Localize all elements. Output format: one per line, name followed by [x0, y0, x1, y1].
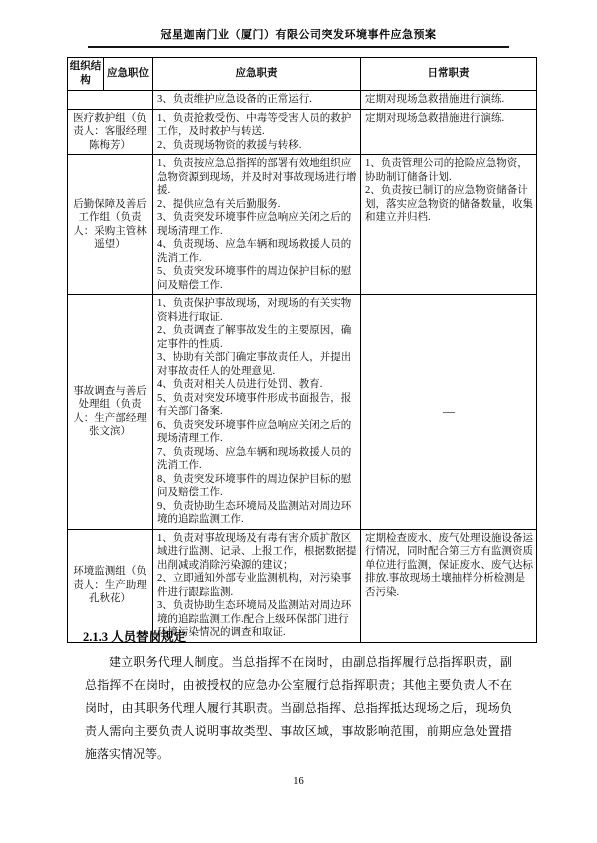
daily-duties-cell: 定期检查废水、废气处理设施设备运行情况，同时配合第三方有监测资质单位进行监测，保…: [361, 529, 537, 642]
duty-item: 2、负责按已制订的应急物资储备计划，落实应急物资的储备数量，收集和建立并归档.: [365, 184, 533, 225]
duty-item: 定期检查废水、废气处理设施设备运行情况，同时配合第三方有监测资质单位进行监测，保…: [365, 532, 533, 600]
duty-item: 3、负责协助生态环境局及监测站对周边环境的追踪监测工作.配合上级环保部门进行环境…: [157, 599, 357, 640]
emergency-duties-cell: 1、负责抢救受伤、中毒等受害人员的救护工作，及时救护与转送.2、负责现场物资的救…: [153, 109, 361, 155]
duty-item: 3、负责维护应急设备的正常运行.: [157, 93, 357, 107]
emergency-duties-cell: 1、负责保护事故现场，对现场的有关实物资料进行取证.2、负责调查了解事故发生的主…: [153, 295, 361, 530]
header-emergency-position: 应急职位: [104, 58, 153, 91]
document-page: 冠星迦南门业（厦门）有限公司突发环境事件应急预案 组织结构 应急职位 应急职责 …: [0, 0, 597, 843]
daily-duties-cell: —: [361, 295, 537, 530]
daily-duties-cell: 定期对现场急救措施进行演练.: [361, 91, 537, 110]
duty-item: 1、负责抢救受伤、中毒等受害人员的救护工作，及时救护与转送.: [157, 112, 357, 139]
duty-item: 1、负责保护事故现场，对现场的有关实物资料进行取证.: [157, 297, 357, 324]
header-emergency-duties: 应急职责: [153, 58, 361, 91]
daily-duties-cell: 定期对现场急救措施进行演练.: [361, 109, 537, 155]
section-heading: 2.1.3 人员替岗规定: [83, 627, 186, 645]
duty-table: 组织结构 应急职位 应急职责 日常职责 3、负责维护应急设备的正常运行. 定期对…: [67, 57, 537, 643]
duty-item: 定期对现场急救措施进行演练.: [365, 112, 533, 126]
duty-item: 5、负责对突发环境事件形成书面报告，报有关部门备案.: [157, 392, 357, 419]
body-paragraph: 建立职务代理人制度。当总指挥不在岗时，由副总指挥履行总指挥职责，副总指挥不在岗时…: [85, 651, 512, 766]
emergency-duties-cell: 1、负责按应急总指挥的部署有效地组织应急物资源到现场，并及时对事故现场进行增援.…: [153, 155, 361, 295]
page-number: 16: [0, 776, 597, 787]
doc-header-title: 冠星迦南门业（厦门）有限公司突发环境事件应急预案: [88, 26, 509, 42]
duty-item: 2、负责调查了解事故发生的主要原因，确定事件的性质.: [157, 324, 357, 351]
duty-item: 6、负责突发环境事件应急响应关闭之后的现场清理工作.: [157, 419, 357, 446]
duty-item: 7、负责现场、应急车辆和现场救援人员的洗消工作.: [157, 446, 357, 473]
duty-item: 2、提供应急有关后勤服务.: [157, 198, 357, 212]
duty-item: 4、负责现场、应急车辆和现场救援人员的洗消工作.: [157, 238, 357, 265]
duty-item: 2、负责现场物资的救援与转移.: [157, 139, 357, 153]
emergency-duties-cell: 1、负责对事故现场及有毒有害介质扩散区域进行监测、记录、上报工作，根据数据提出削…: [153, 529, 361, 642]
header-org-structure: 组织结构: [68, 58, 104, 91]
emergency-duties-cell: 3、负责维护应急设备的正常运行.: [153, 91, 361, 110]
group-cell: 事故调查与善后处理组（负责人：生产部经理张文滨）: [68, 295, 153, 530]
duty-item: 4、负责对相关人员进行处罚、教育.: [157, 378, 357, 392]
group-cell: 医疗救护组（负责人：客服经理陈梅芳）: [68, 109, 153, 155]
duty-item: 1、负责对事故现场及有毒有害介质扩散区域进行监测、记录、上报工作，根据数据提出削…: [157, 532, 357, 573]
duty-item: 1、负责按应急总指挥的部署有效地组织应急物资源到现场，并及时对事故现场进行增援.: [157, 157, 357, 198]
duty-item: 2、立即通知外部专业监测机构，对污染事件进行跟踪监测.: [157, 572, 357, 599]
duty-item: 5、负责突发环境事件的周边保护目标的慰问及赔偿工作.: [157, 265, 357, 292]
table-row: 后勤保障及善后工作组（负责人：采购主管林遥望） 1、负责按应急总指挥的部署有效地…: [68, 155, 537, 295]
table-row: 环境监测组（负责人：生产助理孔秋花） 1、负责对事故现场及有毒有害介质扩散区域进…: [68, 529, 537, 642]
group-cell: 后勤保障及善后工作组（负责人：采购主管林遥望）: [68, 155, 153, 295]
duty-item: 定期对现场急救措施进行演练.: [365, 93, 533, 107]
duty-item: 8、负责突发环境事件的周边保护目标的慰问及赔偿工作.: [157, 473, 357, 500]
duty-item: 3、协助有关部门确定事故责任人，并提出对事故责任人的处理意见.: [157, 351, 357, 378]
header-daily-duties: 日常职责: [361, 58, 537, 91]
duty-item: 9、负责协助生态环境局及监测站对周边环境的追踪监测工作.: [157, 500, 357, 527]
duty-item: —: [365, 405, 533, 419]
group-cell: 环境监测组（负责人：生产助理孔秋花）: [68, 529, 153, 642]
daily-duties-cell: 1、负责管理公司的抢险应急物资，协助制订储备计划.2、负责按已制订的应急物资储备…: [361, 155, 537, 295]
table-row: 3、负责维护应急设备的正常运行. 定期对现场急救措施进行演练.: [68, 91, 537, 110]
duty-item: 1、负责管理公司的抢险应急物资，协助制订储备计划.: [365, 157, 533, 184]
table-row: 医疗救护组（负责人：客服经理陈梅芳） 1、负责抢救受伤、中毒等受害人员的救护工作…: [68, 109, 537, 155]
table-header-row: 组织结构 应急职位 应急职责 日常职责: [68, 58, 537, 91]
doc-header: 冠星迦南门业（厦门）有限公司突发环境事件应急预案: [88, 26, 509, 48]
duty-item: 3、负责突发环境事件应急响应关闭之后的现场清理工作.: [157, 211, 357, 238]
group-cell: [68, 91, 153, 110]
table-row: 事故调查与善后处理组（负责人：生产部经理张文滨） 1、负责保护事故现场，对现场的…: [68, 295, 537, 530]
